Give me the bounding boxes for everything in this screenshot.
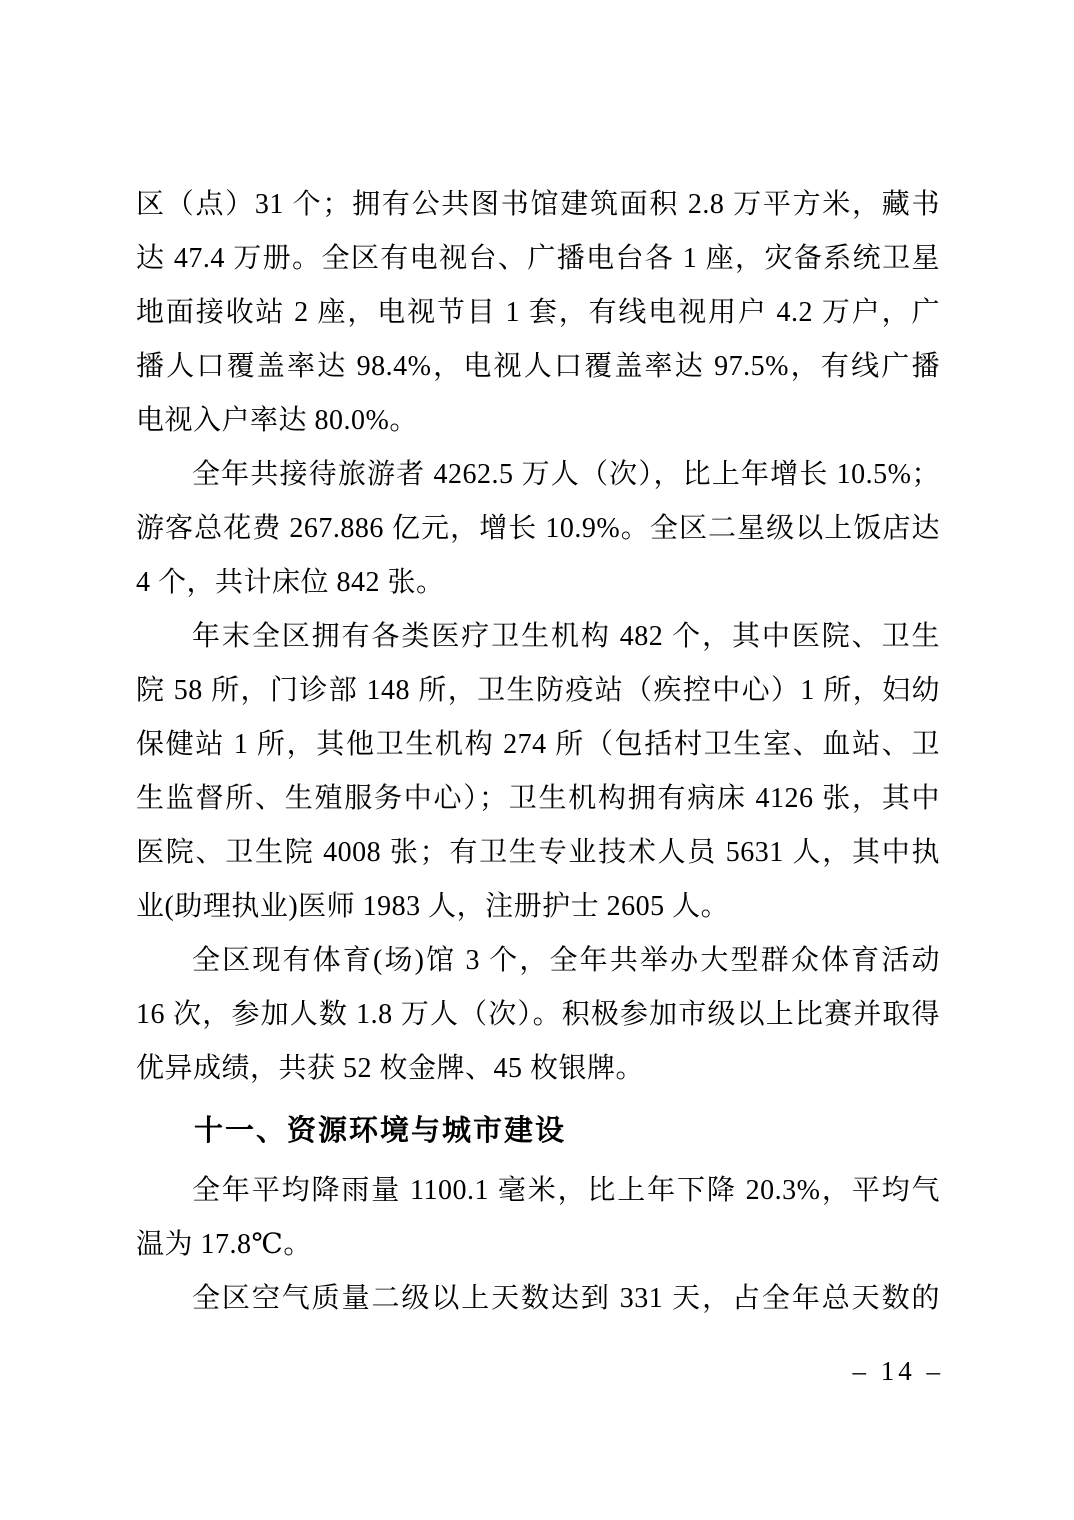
text-line: 保健站 1 所，其他卫生机构 274 所（包括村卫生室、血站、卫 (136, 718, 940, 772)
paragraph-air-quality: 全区空气质量二级以上天数达到 331 天，占全年总天数的 (136, 1272, 940, 1326)
text-line: 地面接收站 2 座，电视节目 1 套，有线电视用户 4.2 万户，广 (136, 286, 940, 340)
page-number: – 14 – (853, 1356, 945, 1387)
text-line: 优异成绩，共获 52 枚金牌、45 枚银牌。 (136, 1042, 940, 1096)
text-line: 医院、卫生院 4008 张；有卫生专业技术人员 5631 人，其中执 (136, 826, 940, 880)
text-line: 16 次，参加人数 1.8 万人（次）。积极参加市级以上比赛并取得 (136, 988, 940, 1042)
text-line: 播人口覆盖率达 98.4%，电视人口覆盖率达 97.5%，有线广播 (136, 340, 940, 394)
text-line: 年末全区拥有各类医疗卫生机构 482 个，其中医院、卫生 (136, 610, 940, 664)
text-line: 全区空气质量二级以上天数达到 331 天，占全年总天数的 (136, 1272, 940, 1326)
document-body: 区（点）31 个；拥有公共图书馆建筑面积 2.8 万平方米，藏书 达 47.4 … (136, 178, 940, 1326)
text-line: 游客总花费 267.886 亿元，增长 10.9%。全区二星级以上饭店达 (136, 502, 940, 556)
text-line: 全年平均降雨量 1100.1 毫米，比上年下降 20.3%，平均气 (136, 1164, 940, 1218)
paragraph-sports: 全区现有体育(场)馆 3 个，全年共举办大型群众体育活动 16 次，参加人数 1… (136, 934, 940, 1096)
document-page: 区（点）31 个；拥有公共图书馆建筑面积 2.8 万平方米，藏书 达 47.4 … (0, 0, 1074, 1520)
section-heading: 十一、资源环境与城市建设 (136, 1096, 940, 1164)
text-line: 院 58 所，门诊部 148 所，卫生防疫站（疾控中心）1 所，妇幼 (136, 664, 940, 718)
paragraph-health: 年末全区拥有各类医疗卫生机构 482 个，其中医院、卫生 院 58 所，门诊部 … (136, 610, 940, 934)
text-line: 全区现有体育(场)馆 3 个，全年共举办大型群众体育活动 (136, 934, 940, 988)
text-line: 生监督所、生殖服务中心）；卫生机构拥有病床 4126 张，其中 (136, 772, 940, 826)
text-line: 电视入户率达 80.0%。 (136, 394, 940, 448)
text-line: 全年共接待旅游者 4262.5 万人（次），比上年增长 10.5%； (136, 448, 940, 502)
text-line: 业(助理执业)医师 1983 人，注册护士 2605 人。 (136, 880, 940, 934)
paragraph-climate: 全年平均降雨量 1100.1 毫米，比上年下降 20.3%，平均气 温为 17.… (136, 1164, 940, 1272)
text-line: 4 个，共计床位 842 张。 (136, 556, 940, 610)
text-line: 达 47.4 万册。全区有电视台、广播电台各 1 座，灾备系统卫星 (136, 232, 940, 286)
text-line: 温为 17.8℃。 (136, 1218, 940, 1272)
paragraph-culture-media: 区（点）31 个；拥有公共图书馆建筑面积 2.8 万平方米，藏书 达 47.4 … (136, 178, 940, 448)
paragraph-tourism: 全年共接待旅游者 4262.5 万人（次），比上年增长 10.5%； 游客总花费… (136, 448, 940, 610)
text-line: 区（点）31 个；拥有公共图书馆建筑面积 2.8 万平方米，藏书 (136, 178, 940, 232)
